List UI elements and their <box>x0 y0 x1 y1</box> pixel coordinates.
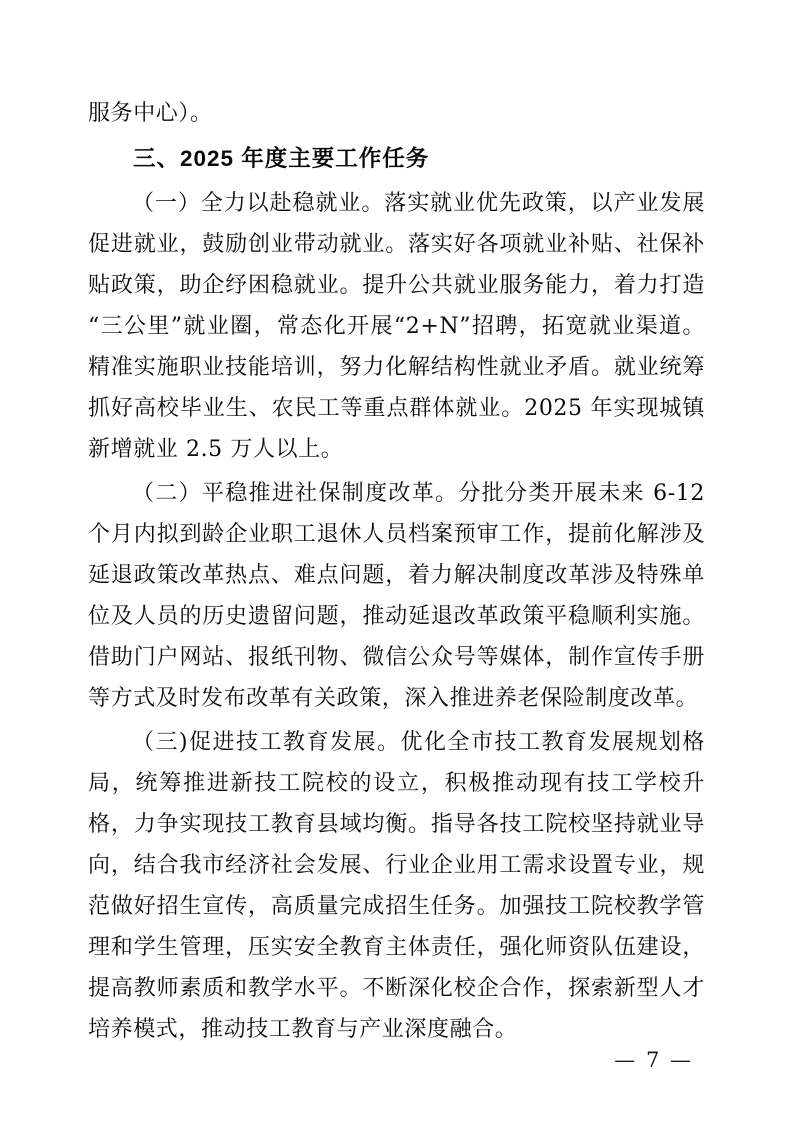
page-footer: — 7 — <box>614 1048 693 1072</box>
section-heading: 三、2025 年度主要工作任务 <box>88 138 705 179</box>
paragraph-3: （三)促进技工教育发展。优化全市技工教育发展规划格局，统筹推进新技工院校的设立，… <box>88 722 705 1050</box>
document-content: 服务中心）。 三、2025 年度主要工作任务 （一）全力以赴稳就业。落实就业优先… <box>88 93 705 1050</box>
paragraph-2: （二）平稳推进社保制度改革。分批分类开展未来 6-12 个月内拟到龄企业职工退休… <box>88 473 705 719</box>
document-page: 服务中心）。 三、2025 年度主要工作任务 （一）全力以赴稳就业。落实就业优先… <box>0 0 793 1122</box>
paragraph-1: （一）全力以赴稳就业。落实就业优先政策，以产业发展促进就业，鼓励创业带动就业。落… <box>88 183 705 470</box>
page-number: — 7 — <box>614 1048 693 1072</box>
paragraph-continuation: 服务中心）。 <box>88 93 705 134</box>
